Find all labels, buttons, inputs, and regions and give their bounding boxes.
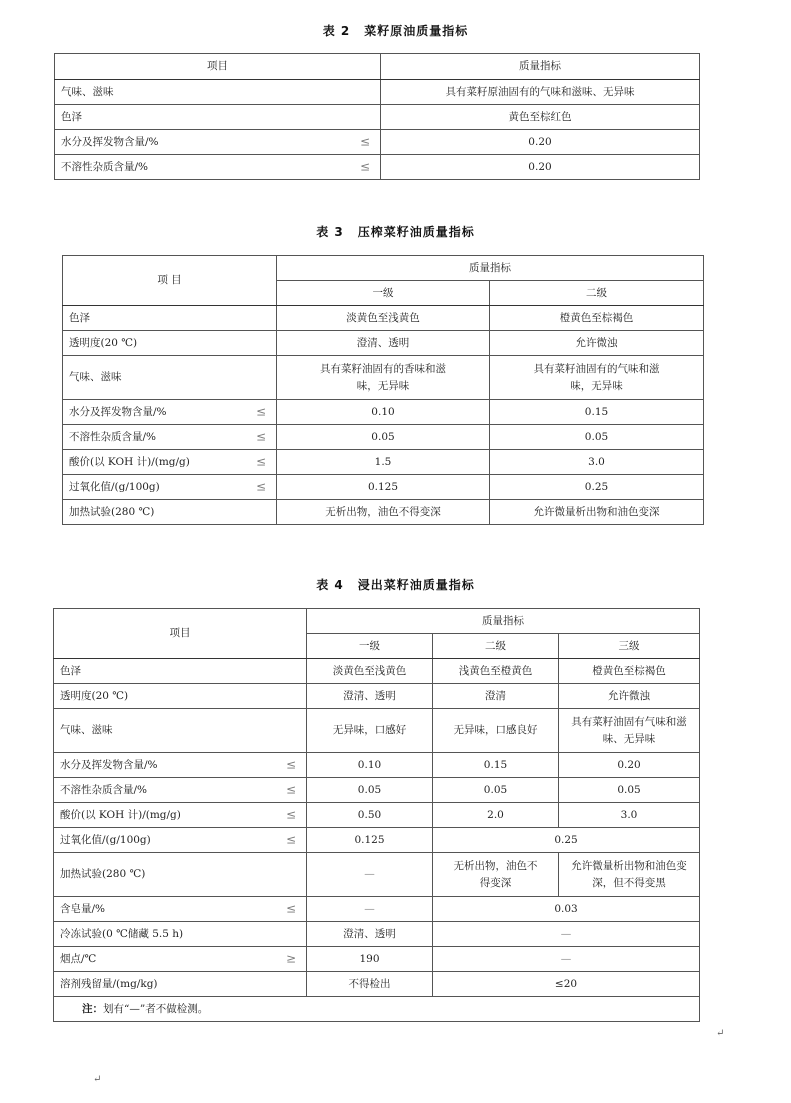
table4-cell: 无异味，口感良好	[433, 709, 559, 753]
paragraph-mark-icon: ↵	[716, 1028, 724, 1039]
table4-cell: 不得检出	[307, 972, 433, 997]
table2-crude-rapeseed-oil: 项目 质量指标 气味、滋味 具有菜籽原油固有的气味和滋味、无异味 色泽 黄色至棕…	[54, 53, 700, 180]
table4-cell: 澄清、透明	[307, 922, 433, 947]
table2-header-quality: 质量指标	[381, 54, 700, 80]
table-row: 不溶性杂质含量/%≤ 0.20	[55, 155, 700, 180]
table4-cell: —	[433, 947, 700, 972]
less-equal-icon: ≤	[360, 158, 370, 177]
table2-caption: 表 2菜籽原油质量指标	[0, 22, 791, 39]
table4-row-item: 酸价(以 KOH 计)/(mg/g)	[60, 809, 181, 821]
table-row: 溶剂残留量/(mg/kg) 不得检出 ≤20	[54, 972, 700, 997]
less-equal-icon: ≤	[256, 403, 266, 422]
table4-caption: 表 4浸出菜籽油质量指标	[0, 576, 791, 593]
less-equal-icon: ≤	[286, 900, 296, 919]
table4-cell: 澄清	[433, 684, 559, 709]
table4-cell: 无析出物，油色不得变深	[433, 853, 559, 897]
table4-row-item: 冷冻试验(0 ℃储藏 5.5 h)	[54, 922, 307, 947]
table4-cell: 2.0	[433, 803, 559, 828]
table-row: 气味、滋味 具有菜籽原油固有的气味和滋味、无异味	[55, 80, 700, 105]
table4-cell: —	[307, 853, 433, 897]
table-row: 色泽 黄色至棕红色	[55, 105, 700, 130]
table3-cell: 允许微量析出物和油色变深	[490, 500, 704, 525]
less-equal-icon: ≤	[256, 478, 266, 497]
table-row: 水分及挥发物含量/%≤ 0.20	[55, 130, 700, 155]
table4-cell: 允许微浊	[559, 684, 700, 709]
table4-cell: 允许微量析出物和油色变深，但不得变黑	[559, 853, 700, 897]
table-row: 不溶性杂质含量/%≤ 0.05 0.05 0.05	[54, 778, 700, 803]
table-row: 含皂量/%≤ — 0.03	[54, 897, 700, 922]
less-equal-icon: ≤	[256, 453, 266, 472]
table3-row-item: 加热试验(280 ℃)	[63, 500, 277, 525]
table3-cell: 0.25	[490, 475, 704, 500]
table4-row-item: 溶剂残留量/(mg/kg)	[54, 972, 307, 997]
table4-note-label: 注：	[82, 1003, 103, 1015]
table3-cell: 淡黄色至浅黄色	[277, 306, 490, 331]
table2-row-item: 气味、滋味	[55, 80, 381, 105]
table-row: 酸价(以 KOH 计)/(mg/g)≤ 0.50 2.0 3.0	[54, 803, 700, 828]
table-row: 透明度(20 ℃) 澄清、透明 允许微浊	[63, 331, 704, 356]
table-row: 加热试验(280 ℃) 无析出物，油色不得变深 允许微量析出物和油色变深	[63, 500, 704, 525]
table3-caption: 表 3压榨菜籽油质量指标	[0, 223, 791, 240]
table4-cell: 0.05	[559, 778, 700, 803]
table4-cell: 0.03	[433, 897, 700, 922]
table4-row-item: 过氧化值/(g/100g)	[60, 834, 151, 846]
table4-row-item: 透明度(20 ℃)	[54, 684, 307, 709]
table4-row-item: 气味、滋味	[54, 709, 307, 753]
table4-cell: 0.125	[307, 828, 433, 853]
table4-cell: 0.10	[307, 753, 433, 778]
table-row: 加热试验(280 ℃) — 无析出物，油色不得变深 允许微量析出物和油色变深，但…	[54, 853, 700, 897]
table-row: 不溶性杂质含量/%≤ 0.05 0.05	[63, 425, 704, 450]
table3-row-item: 色泽	[63, 306, 277, 331]
less-equal-icon: ≤	[286, 831, 296, 850]
table3-cell: 橙黄色至棕褐色	[490, 306, 704, 331]
table2-row-value: 0.20	[381, 155, 700, 180]
table-row: 烟点/℃≥ 190 —	[54, 947, 700, 972]
table3-header-item: 项 目	[63, 256, 277, 306]
table4-cell: 3.0	[559, 803, 700, 828]
table-row: 冷冻试验(0 ℃储藏 5.5 h) 澄清、透明 —	[54, 922, 700, 947]
table4-row-item: 烟点/℃	[60, 953, 96, 965]
table4-header-item: 项目	[54, 609, 307, 659]
table3-header-grade-1: 一级	[277, 281, 490, 306]
paragraph-mark-icon: ↵	[93, 1074, 101, 1085]
table4-header-grade-3: 三级	[559, 634, 700, 659]
table4-cell: 橙黄色至棕褐色	[559, 659, 700, 684]
table3-cell: 1.5	[277, 450, 490, 475]
table4-cell: 0.25	[433, 828, 700, 853]
table-row: 色泽 淡黄色至浅黄色 浅黄色至橙黄色 橙黄色至棕褐色	[54, 659, 700, 684]
table-row: 酸价(以 KOH 计)/(mg/g)≤ 1.5 3.0	[63, 450, 704, 475]
less-equal-icon: ≤	[360, 133, 370, 152]
table3-row-item: 过氧化值/(g/100g)	[69, 481, 160, 493]
table3-cell: 3.0	[490, 450, 704, 475]
table2-header-item: 项目	[55, 54, 381, 80]
table2-row-item: 水分及挥发物含量/%	[61, 136, 159, 148]
table4-cell: —	[307, 897, 433, 922]
less-equal-icon: ≤	[286, 781, 296, 800]
table3-row-item: 酸价(以 KOH 计)/(mg/g)	[69, 456, 190, 468]
table4-cell: 无异味，口感好	[307, 709, 433, 753]
table3-caption-title: 压榨菜籽油质量指标	[358, 225, 475, 239]
table3-caption-number: 表 3	[316, 225, 344, 239]
table2-row-item: 色泽	[55, 105, 381, 130]
table2-row-value: 黄色至棕红色	[381, 105, 700, 130]
less-equal-icon: ≤	[286, 806, 296, 825]
table3-row-item: 透明度(20 ℃)	[63, 331, 277, 356]
table-row: 气味、滋味 无异味，口感好 无异味，口感良好 具有菜籽油固有气味和滋味、无异味	[54, 709, 700, 753]
table4-header-quality: 质量指标	[307, 609, 700, 634]
table3-cell: 0.15	[490, 400, 704, 425]
table4-row-item: 色泽	[54, 659, 307, 684]
table3-cell: 澄清、透明	[277, 331, 490, 356]
table4-caption-title: 浸出菜籽油质量指标	[358, 578, 475, 592]
table4-cell: 淡黄色至浅黄色	[307, 659, 433, 684]
table4-row-item: 水分及挥发物含量/%	[60, 759, 158, 771]
table4-cell: 具有菜籽油固有气味和滋味、无异味	[559, 709, 700, 753]
table3-row-item: 气味、滋味	[63, 356, 277, 400]
table4-cell: 澄清、透明	[307, 684, 433, 709]
table3-cell: 允许微浊	[490, 331, 704, 356]
table-row: 过氧化值/(g/100g)≤ 0.125 0.25	[63, 475, 704, 500]
table4-note-text: 划有“—”者不做检测。	[103, 1003, 208, 1015]
table4-row-item: 含皂量/%	[60, 903, 105, 915]
table-row: 水分及挥发物含量/%≤ 0.10 0.15	[63, 400, 704, 425]
table3-header-grade-2: 二级	[490, 281, 704, 306]
table3-row-item: 水分及挥发物含量/%	[69, 406, 167, 418]
table4-cell: 浅黄色至橙黄色	[433, 659, 559, 684]
table3-cell: 无析出物，油色不得变深	[277, 500, 490, 525]
table4-cell: 0.20	[559, 753, 700, 778]
less-equal-icon: ≤	[286, 756, 296, 775]
table4-header-grade-1: 一级	[307, 634, 433, 659]
table-row: 气味、滋味 具有菜籽油固有的香味和滋味，无异味 具有菜籽油固有的气味和滋味，无异…	[63, 356, 704, 400]
table3-cell: 0.125	[277, 475, 490, 500]
table-row: 透明度(20 ℃) 澄清、透明 澄清 允许微浊	[54, 684, 700, 709]
table4-cell: —	[433, 922, 700, 947]
table3-cell: 0.05	[490, 425, 704, 450]
table4-note-row: 注：划有“—”者不做检测。	[54, 997, 700, 1022]
table3-cell: 具有菜籽油固有的香味和滋味，无异味	[277, 356, 490, 400]
table-row: 水分及挥发物含量/%≤ 0.10 0.15 0.20	[54, 753, 700, 778]
table4-row-item: 不溶性杂质含量/%	[60, 784, 147, 796]
table3-header-quality: 质量指标	[277, 256, 704, 281]
table-row: 色泽 淡黄色至浅黄色 橙黄色至棕褐色	[63, 306, 704, 331]
table4-cell: 0.15	[433, 753, 559, 778]
table2-caption-number: 表 2	[323, 24, 351, 38]
table2-row-value: 0.20	[381, 130, 700, 155]
table2-caption-title: 菜籽原油质量指标	[364, 24, 468, 38]
table4-row-item: 加热试验(280 ℃)	[54, 853, 307, 897]
table3-cell: 0.05	[277, 425, 490, 450]
table2-row-item: 不溶性杂质含量/%	[61, 161, 148, 173]
table-row: 过氧化值/(g/100g)≤ 0.125 0.25	[54, 828, 700, 853]
table4-cell: 0.05	[307, 778, 433, 803]
less-equal-icon: ≤	[256, 428, 266, 447]
table4-caption-number: 表 4	[316, 578, 344, 592]
table3-cell: 具有菜籽油固有的气味和滋味，无异味	[490, 356, 704, 400]
table3-cell: 0.10	[277, 400, 490, 425]
table3-pressed-rapeseed-oil: 项 目 质量指标 一级 二级 色泽 淡黄色至浅黄色 橙黄色至棕褐色 透明度(20…	[62, 255, 704, 525]
table4-header-grade-2: 二级	[433, 634, 559, 659]
table4-cell: 0.50	[307, 803, 433, 828]
table2-row-value: 具有菜籽原油固有的气味和滋味、无异味	[381, 80, 700, 105]
table4-cell: 0.05	[433, 778, 559, 803]
table4-cell: ≤20	[433, 972, 700, 997]
table3-row-item: 不溶性杂质含量/%	[69, 431, 156, 443]
table4-solvent-extracted-rapeseed-oil: 项目 质量指标 一级 二级 三级 色泽 淡黄色至浅黄色 浅黄色至橙黄色 橙黄色至…	[53, 608, 700, 1022]
table4-cell: 190	[307, 947, 433, 972]
greater-equal-icon: ≥	[286, 950, 296, 969]
